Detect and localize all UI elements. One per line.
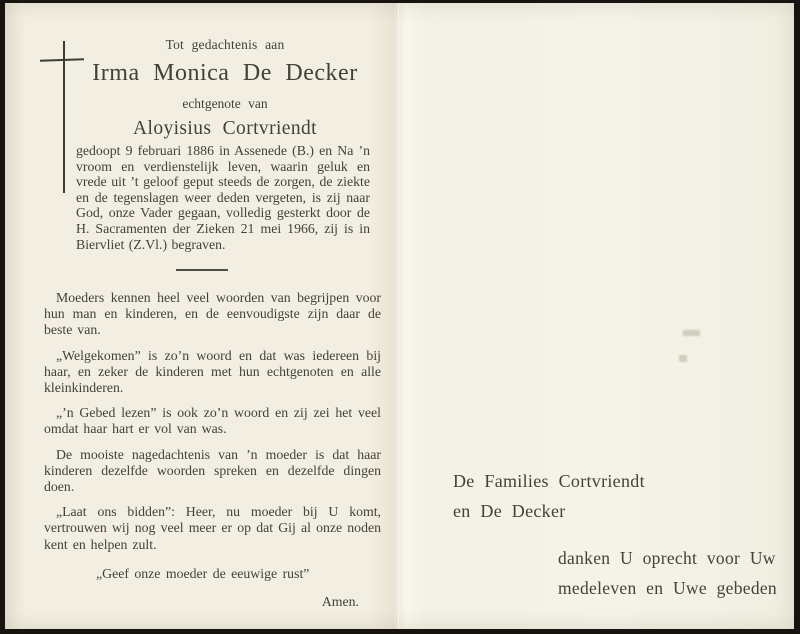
memorial-header: Tot gedachtenis aan Irma Monica De Decke… (60, 37, 390, 140)
deceased-name: Irma Monica De Decker (60, 60, 390, 87)
closing-prayer-quote: „Geef onze moeder de eeuwige rust” (96, 566, 381, 582)
dedication-line: Tot gedachtenis aan (60, 37, 390, 53)
ink-showthrough-mark (683, 330, 700, 336)
families-block: De Families Cortvriendt en De Decker (453, 466, 645, 526)
relation-line: echtgenote van (60, 96, 390, 112)
reflection-paragraph: „Welgekomen” is zo’n woord en dat was ie… (44, 348, 381, 397)
scanned-memorial-card: Tot gedachtenis aan Irma Monica De Decke… (0, 0, 800, 634)
center-fold (398, 3, 399, 629)
ink-showthrough-mark (679, 355, 687, 362)
divider-rule (176, 269, 228, 271)
reflection-paragraph: „Laat ons bidden”: Heer, nu moeder bij U… (44, 504, 381, 553)
family-line: De Families Cortvriendt (453, 466, 645, 496)
spouse-name: Aloyisius Cortvriendt (60, 118, 390, 140)
biography-paragraph: gedoopt 9 februari 1886 in Assenede (B.)… (76, 143, 370, 252)
card-spread: Tot gedachtenis aan Irma Monica De Decke… (5, 3, 794, 629)
thanks-line: danken U oprecht voor Uw (558, 544, 777, 574)
thanks-block: danken U oprecht voor Uw medeleven en Uw… (558, 544, 777, 603)
reflection-section: Moeders kennen heel veel woorden van beg… (44, 290, 381, 610)
family-line: en De Decker (453, 496, 645, 526)
reflection-paragraph: „’n Gebed lezen” is ook zo’n woord en zi… (44, 405, 381, 437)
thanks-line: medeleven en Uwe gebeden (558, 574, 777, 604)
reflection-paragraph: Moeders kennen heel veel woorden van beg… (44, 290, 381, 339)
amen-line: Amen. (44, 594, 381, 610)
reflection-paragraph: De mooiste nagedachtenis van ’n moeder i… (44, 447, 381, 496)
